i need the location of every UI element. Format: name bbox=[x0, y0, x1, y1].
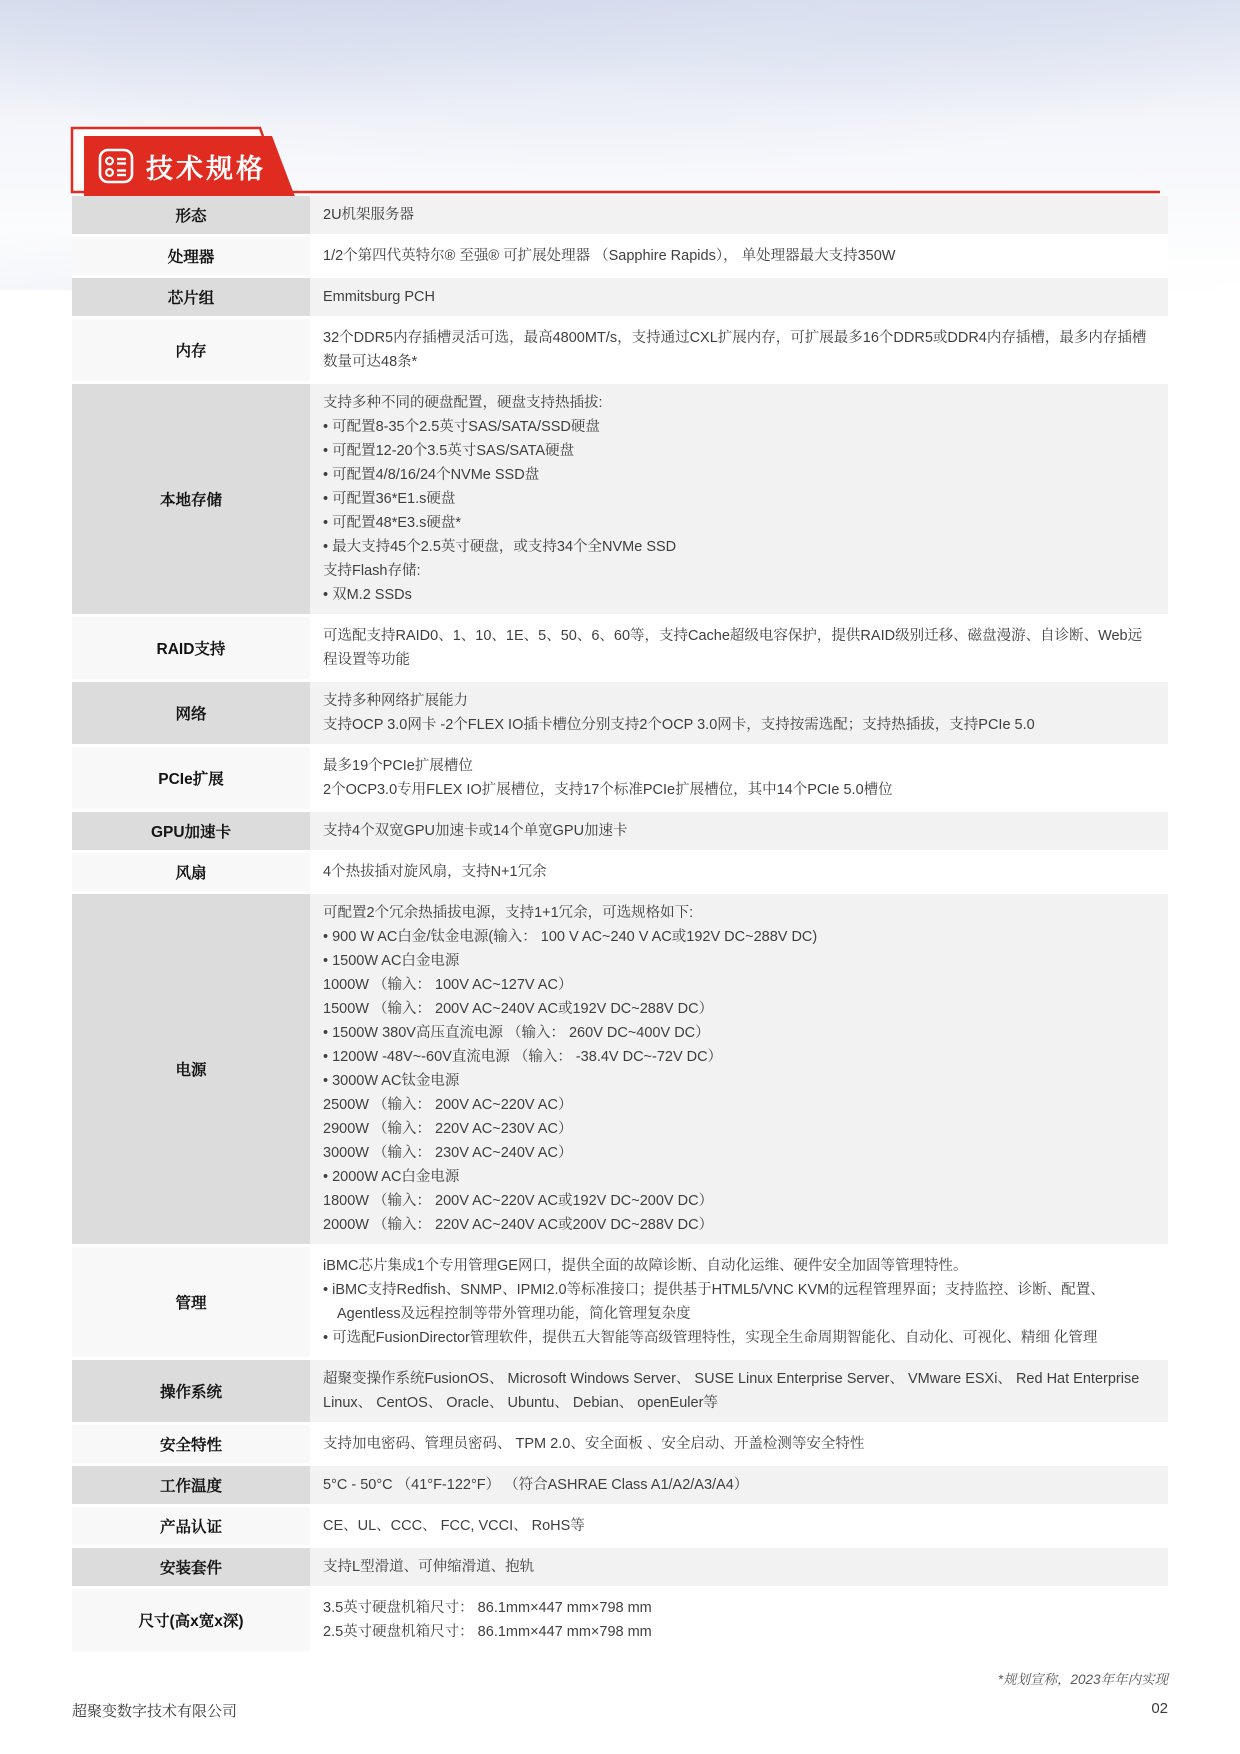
row-label: GPU加速卡 bbox=[72, 812, 310, 850]
table-row: 本地存储支持多种不同的硬盘配置，硬盘支持热插拔:• 可配置8-35个2.5英寸S… bbox=[72, 384, 1168, 617]
spec-line: • 1500W AC白金电源 bbox=[323, 949, 1150, 973]
row-label: 形态 bbox=[72, 196, 310, 234]
row-content: CE、UL、CCC、 FCC, VCCI、 RoHS等 bbox=[310, 1507, 1168, 1545]
row-content: 最多19个PCIe扩展槽位2个OCP3.0专用FLEX IO扩展槽位，支持17个… bbox=[310, 747, 1168, 809]
spec-line: 最多19个PCIe扩展槽位 bbox=[323, 754, 1150, 778]
row-label: 安装套件 bbox=[72, 1548, 310, 1586]
spec-line: 1/2个第四代英特尔® 至强® 可扩展处理器 （Sapphire Rapids）… bbox=[323, 244, 1150, 268]
table-row: PCIe扩展最多19个PCIe扩展槽位2个OCP3.0专用FLEX IO扩展槽位… bbox=[72, 747, 1168, 812]
table-row: 处理器1/2个第四代英特尔® 至强® 可扩展处理器 （Sapphire Rapi… bbox=[72, 237, 1168, 278]
row-label: 内存 bbox=[72, 319, 310, 381]
row-label: 电源 bbox=[72, 894, 310, 1244]
table-row: 工作温度5°C - 50°C （41°F-122°F） （符合ASHRAE Cl… bbox=[72, 1466, 1168, 1507]
spec-line: 32个DDR5内存插槽灵活可选，最高4800MT/s，支持通过CXL扩展内存，可… bbox=[323, 326, 1150, 374]
row-label: 尺寸(高x宽x深) bbox=[72, 1589, 310, 1651]
table-row: 安全特性支持加电密码、管理员密码、 TPM 2.0、安全面板 、安全启动、开盖检… bbox=[72, 1425, 1168, 1466]
spec-line: • iBMC支持Redfish、SNMP、IPMI2.0等标准接口；提供基于HT… bbox=[323, 1278, 1150, 1326]
company-name: 超聚变数字技术有限公司 bbox=[72, 1700, 237, 1721]
row-label: 产品认证 bbox=[72, 1507, 310, 1545]
spec-line: • 1200W -48V~-60V直流电源 （输入： -38.4V DC~-72… bbox=[323, 1045, 1150, 1069]
spec-line: 4个热拔插对旋风扇，支持N+1冗余 bbox=[323, 860, 1150, 884]
row-label: 安全特性 bbox=[72, 1425, 310, 1463]
table-row: 产品认证CE、UL、CCC、 FCC, VCCI、 RoHS等 bbox=[72, 1507, 1168, 1548]
spec-line: 2000W （输入： 220V AC~240V AC或200V DC~288V … bbox=[323, 1213, 1150, 1237]
spec-line: 支持4个双宽GPU加速卡或14个单宽GPU加速卡 bbox=[323, 819, 1150, 843]
table-row: RAID支持可选配支持RAID0、1、10、1E、5、50、6、60等，支持Ca… bbox=[72, 617, 1168, 682]
section-title: 技术规格 bbox=[146, 147, 366, 186]
row-content: 支持L型滑道、可伸缩滑道、抱轨 bbox=[310, 1548, 1168, 1586]
row-label: 处理器 bbox=[72, 237, 310, 275]
spec-line: 支持Flash存储: bbox=[323, 559, 1150, 583]
spec-line: • 可配置48*E3.s硬盘* bbox=[323, 511, 1150, 535]
row-label: 风扇 bbox=[72, 853, 310, 891]
spec-line: 超聚变操作系统FusionOS、 Microsoft Windows Serve… bbox=[323, 1367, 1150, 1415]
spec-line: 1000W （输入： 100V AC~127V AC） bbox=[323, 973, 1150, 997]
row-label: PCIe扩展 bbox=[72, 747, 310, 809]
row-content: 3.5英寸硬盘机箱尺寸： 86.1mm×447 mm×798 mm2.5英寸硬盘… bbox=[310, 1589, 1168, 1651]
page: 技术规格 形态2U机架服务器处理器1/2个第四代英特尔® 至强® 可扩展处理器 … bbox=[0, 0, 1240, 1754]
table-row: 风扇4个热拔插对旋风扇，支持N+1冗余 bbox=[72, 853, 1168, 894]
footer-bar: 超聚变数字技术有限公司 02 bbox=[72, 1700, 1168, 1721]
row-label: 本地存储 bbox=[72, 384, 310, 614]
footnote: *规划宣称，2023年年内实现 bbox=[72, 1668, 1168, 1688]
spec-line: CE、UL、CCC、 FCC, VCCI、 RoHS等 bbox=[323, 1514, 1150, 1538]
spec-line: 支持多种网络扩展能力 bbox=[323, 689, 1150, 713]
checklist-icon bbox=[98, 148, 134, 184]
spec-line: • 900 W AC白金/钛金电源(输入： 100 V AC~240 V AC或… bbox=[323, 925, 1150, 949]
spec-line: 支持L型滑道、可伸缩滑道、抱轨 bbox=[323, 1555, 1150, 1579]
table-row: 芯片组Emmitsburg PCH bbox=[72, 278, 1168, 319]
spec-line: • 可配置12-20个3.5英寸SAS/SATA硬盘 bbox=[323, 439, 1150, 463]
spec-line: 3.5英寸硬盘机箱尺寸： 86.1mm×447 mm×798 mm bbox=[323, 1596, 1150, 1620]
spec-line: • 双M.2 SSDs bbox=[323, 583, 1150, 607]
spec-line: • 可配置36*E1.s硬盘 bbox=[323, 487, 1150, 511]
table-row: 操作系统超聚变操作系统FusionOS、 Microsoft Windows S… bbox=[72, 1360, 1168, 1425]
row-content: 1/2个第四代英特尔® 至强® 可扩展处理器 （Sapphire Rapids）… bbox=[310, 237, 1168, 275]
spec-line: Emmitsburg PCH bbox=[323, 285, 1150, 309]
spec-line: • 1500W 380V高压直流电源 （输入： 260V DC~400V DC） bbox=[323, 1021, 1150, 1045]
spec-line: 2个OCP3.0专用FLEX IO扩展槽位，支持17个标准PCIe扩展槽位，其中… bbox=[323, 778, 1150, 802]
row-label: 网络 bbox=[72, 682, 310, 744]
row-content: 超聚变操作系统FusionOS、 Microsoft Windows Serve… bbox=[310, 1360, 1168, 1422]
row-content: 支持多种不同的硬盘配置，硬盘支持热插拔:• 可配置8-35个2.5英寸SAS/S… bbox=[310, 384, 1168, 614]
spec-line: 可配置2个冗余热插拔电源，支持1+1冗余，可选规格如下: bbox=[323, 901, 1150, 925]
row-content: 2U机架服务器 bbox=[310, 196, 1168, 234]
spec-line: 支持多种不同的硬盘配置，硬盘支持热插拔: bbox=[323, 391, 1150, 415]
table-row: 管理iBMC芯片集成1个专用管理GE网口，提供全面的故障诊断、自动化运维、硬件安… bbox=[72, 1247, 1168, 1360]
spec-line: • 2000W AC白金电源 bbox=[323, 1165, 1150, 1189]
row-content: iBMC芯片集成1个专用管理GE网口，提供全面的故障诊断、自动化运维、硬件安全加… bbox=[310, 1247, 1168, 1357]
spec-line: • 3000W AC钛金电源 bbox=[323, 1069, 1150, 1093]
row-content: 支持加电密码、管理员密码、 TPM 2.0、安全面板 、安全启动、开盖检测等安全… bbox=[310, 1425, 1168, 1463]
row-label: 芯片组 bbox=[72, 278, 310, 316]
row-label: 操作系统 bbox=[72, 1360, 310, 1422]
row-label: RAID支持 bbox=[72, 617, 310, 679]
row-content: Emmitsburg PCH bbox=[310, 278, 1168, 316]
spec-line: 3000W （输入： 230V AC~240V AC） bbox=[323, 1141, 1150, 1165]
row-content: 可配置2个冗余热插拔电源，支持1+1冗余，可选规格如下:• 900 W AC白金… bbox=[310, 894, 1168, 1244]
spec-line: • 可配置4/8/16/24个NVMe SSD盘 bbox=[323, 463, 1150, 487]
row-content: 支持4个双宽GPU加速卡或14个单宽GPU加速卡 bbox=[310, 812, 1168, 850]
table-row: 电源可配置2个冗余热插拔电源，支持1+1冗余，可选规格如下:• 900 W AC… bbox=[72, 894, 1168, 1247]
table-row: 安装套件支持L型滑道、可伸缩滑道、抱轨 bbox=[72, 1548, 1168, 1589]
spec-line: 1500W （输入： 200V AC~240V AC或192V DC~288V … bbox=[323, 997, 1150, 1021]
spec-line: 5°C - 50°C （41°F-122°F） （符合ASHRAE Class … bbox=[323, 1473, 1150, 1497]
row-content: 支持多种网络扩展能力支持OCP 3.0网卡 -2个FLEX IO插卡槽位分别支持… bbox=[310, 682, 1168, 744]
spec-line: • 可选配FusionDirector管理软件，提供五大智能等高级管理特性，实现… bbox=[323, 1326, 1150, 1350]
spec-line: • 最大支持45个2.5英寸硬盘，或支持34个全NVMe SSD bbox=[323, 535, 1150, 559]
table-row: 尺寸(高x宽x深)3.5英寸硬盘机箱尺寸： 86.1mm×447 mm×798 … bbox=[72, 1589, 1168, 1654]
spec-line: 2.5英寸硬盘机箱尺寸： 86.1mm×447 mm×798 mm bbox=[323, 1620, 1150, 1644]
table-row: GPU加速卡支持4个双宽GPU加速卡或14个单宽GPU加速卡 bbox=[72, 812, 1168, 853]
table-row: 内存32个DDR5内存插槽灵活可选，最高4800MT/s，支持通过CXL扩展内存… bbox=[72, 319, 1168, 384]
spec-line: 支持加电密码、管理员密码、 TPM 2.0、安全面板 、安全启动、开盖检测等安全… bbox=[323, 1432, 1150, 1456]
row-content: 4个热拔插对旋风扇，支持N+1冗余 bbox=[310, 853, 1168, 891]
spec-line: 支持OCP 3.0网卡 -2个FLEX IO插卡槽位分别支持2个OCP 3.0网… bbox=[323, 713, 1150, 737]
spec-line: 2900W （输入： 220V AC~230V AC） bbox=[323, 1117, 1150, 1141]
spec-line: 可选配支持RAID0、1、10、1E、5、50、6、60等，支持Cache超级电… bbox=[323, 624, 1150, 672]
row-content: 5°C - 50°C （41°F-122°F） （符合ASHRAE Class … bbox=[310, 1466, 1168, 1504]
spec-line: 2U机架服务器 bbox=[323, 203, 1150, 227]
row-content: 可选配支持RAID0、1、10、1E、5、50、6、60等，支持Cache超级电… bbox=[310, 617, 1168, 679]
page-number: 02 bbox=[1151, 1700, 1168, 1717]
table-row: 网络支持多种网络扩展能力支持OCP 3.0网卡 -2个FLEX IO插卡槽位分别… bbox=[72, 682, 1168, 747]
table-row: 形态2U机架服务器 bbox=[72, 196, 1168, 237]
spec-line: 2500W （输入： 200V AC~220V AC） bbox=[323, 1093, 1150, 1117]
row-label: 管理 bbox=[72, 1247, 310, 1357]
spec-line: iBMC芯片集成1个专用管理GE网口，提供全面的故障诊断、自动化运维、硬件安全加… bbox=[323, 1254, 1150, 1278]
spec-line: 1800W （输入： 200V AC~220V AC或192V DC~200V … bbox=[323, 1189, 1150, 1213]
row-content: 32个DDR5内存插槽灵活可选，最高4800MT/s，支持通过CXL扩展内存，可… bbox=[310, 319, 1168, 381]
spec-table: 形态2U机架服务器处理器1/2个第四代英特尔® 至强® 可扩展处理器 （Sapp… bbox=[72, 196, 1168, 1654]
row-label: 工作温度 bbox=[72, 1466, 310, 1504]
spec-line: • 可配置8-35个2.5英寸SAS/SATA/SSD硬盘 bbox=[323, 415, 1150, 439]
